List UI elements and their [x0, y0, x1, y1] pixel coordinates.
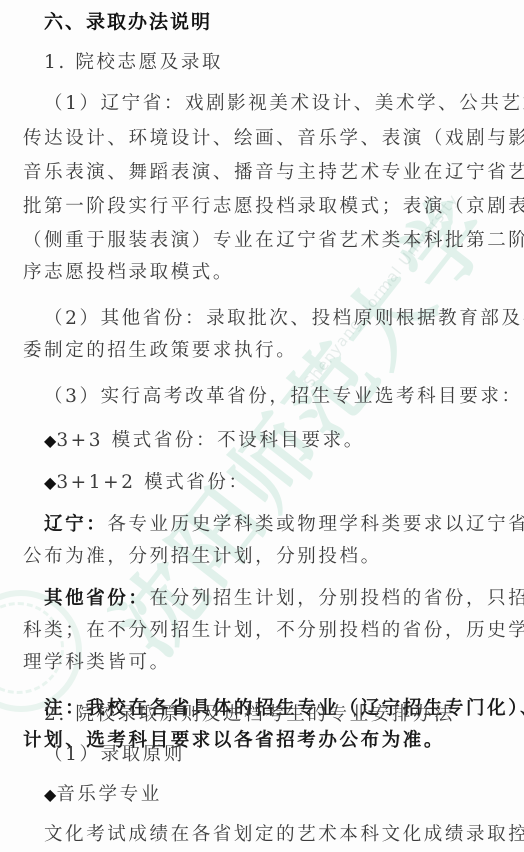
diamond-bullet-icon: ◆ [44, 473, 56, 492]
diamond-bullet-icon: ◆ [44, 785, 56, 804]
para1-line-5: （侧重于服装表演）专业在辽宁省艺术类本科批第二阶段实行有 [23, 229, 524, 253]
para2-line-1: （2）其他省份：录取批次、投档原则根据教育部及各省招考 [44, 307, 524, 331]
section-title: 六、录取办法说明 [44, 10, 212, 34]
para1-line-6: 序志愿投档录取模式。 [23, 261, 234, 285]
admission-principle: （1）录取原则 [44, 743, 185, 767]
para3: （3）实行高考改革省份，招生专业选考科目要求： [44, 385, 523, 409]
bullet-music: ◆音乐学专业 [44, 783, 162, 807]
liaoning-line-1: 辽宁：各专业历史学科类或物理学科类要求以辽宁省招考办 [44, 513, 524, 537]
bullet-3-1-2-text: 3+1+2 模式省份： [56, 472, 249, 493]
para1-line-2: 传达设计、环境设计、绘画、音乐学、表演（戏剧与影视表演）、 [23, 127, 524, 151]
liaoning-text-1: 各专业历史学科类或物理学科类要求以辽宁省招考办 [107, 514, 524, 535]
watermark-seal-inner [0, 602, 64, 694]
para2-line-2: 委制定的招生政策要求执行。 [23, 339, 297, 363]
bullet-3-3-text: 3+3 模式省份：不设科目要求。 [56, 430, 365, 451]
watermark-english: Shenyang Normal University [300, 191, 462, 391]
other-text-1: 在分列招生计划，分别投档的省份，只招历史学 [150, 588, 524, 609]
other-line-3: 理学科类皆可。 [23, 651, 171, 675]
subsection-1-title: 1. 院校志愿及录取 [44, 51, 223, 75]
para1-line-4: 批第一阶段实行平行志愿投档录取模式；表演（京剧表演）、表演 [23, 195, 524, 219]
bullet-music-text: 音乐学专业 [56, 784, 162, 805]
para1-line-3: 音乐表演、舞蹈表演、播音与主持艺术专业在辽宁省艺术类本科 [23, 161, 524, 185]
body-line: 文化考试成绩在各省划定的艺术本科文化成绩录取控制线以 [44, 823, 524, 847]
liaoning-label: 辽宁： [44, 514, 107, 535]
diamond-bullet-icon: ◆ [44, 431, 56, 450]
other-provinces-label: 其他省份： [44, 588, 150, 609]
document-page: 沈阳师范大学 Shenyang Normal University 六、录取办法… [0, 0, 524, 852]
para1-line-1: （1）辽宁省：戏剧影视美术设计、美术学、公共艺术、视觉 [44, 92, 524, 116]
bullet-3-3: ◆3+3 模式省份：不设科目要求。 [44, 429, 365, 453]
liaoning-line-2: 公布为准，分列招生计划，分别投档。 [23, 545, 382, 569]
other-line-1: 其他省份：在分列招生计划，分别投档的省份，只招历史学 [44, 587, 524, 611]
other-line-2: 科类；在不分列招生计划，不分别投档的省份，历史学科类或物 [23, 619, 524, 643]
subsection-2-title: 2. 院校录取原则及进档考生的专业安排办法 [44, 703, 455, 727]
bullet-3-1-2: ◆3+1+2 模式省份： [44, 471, 250, 495]
